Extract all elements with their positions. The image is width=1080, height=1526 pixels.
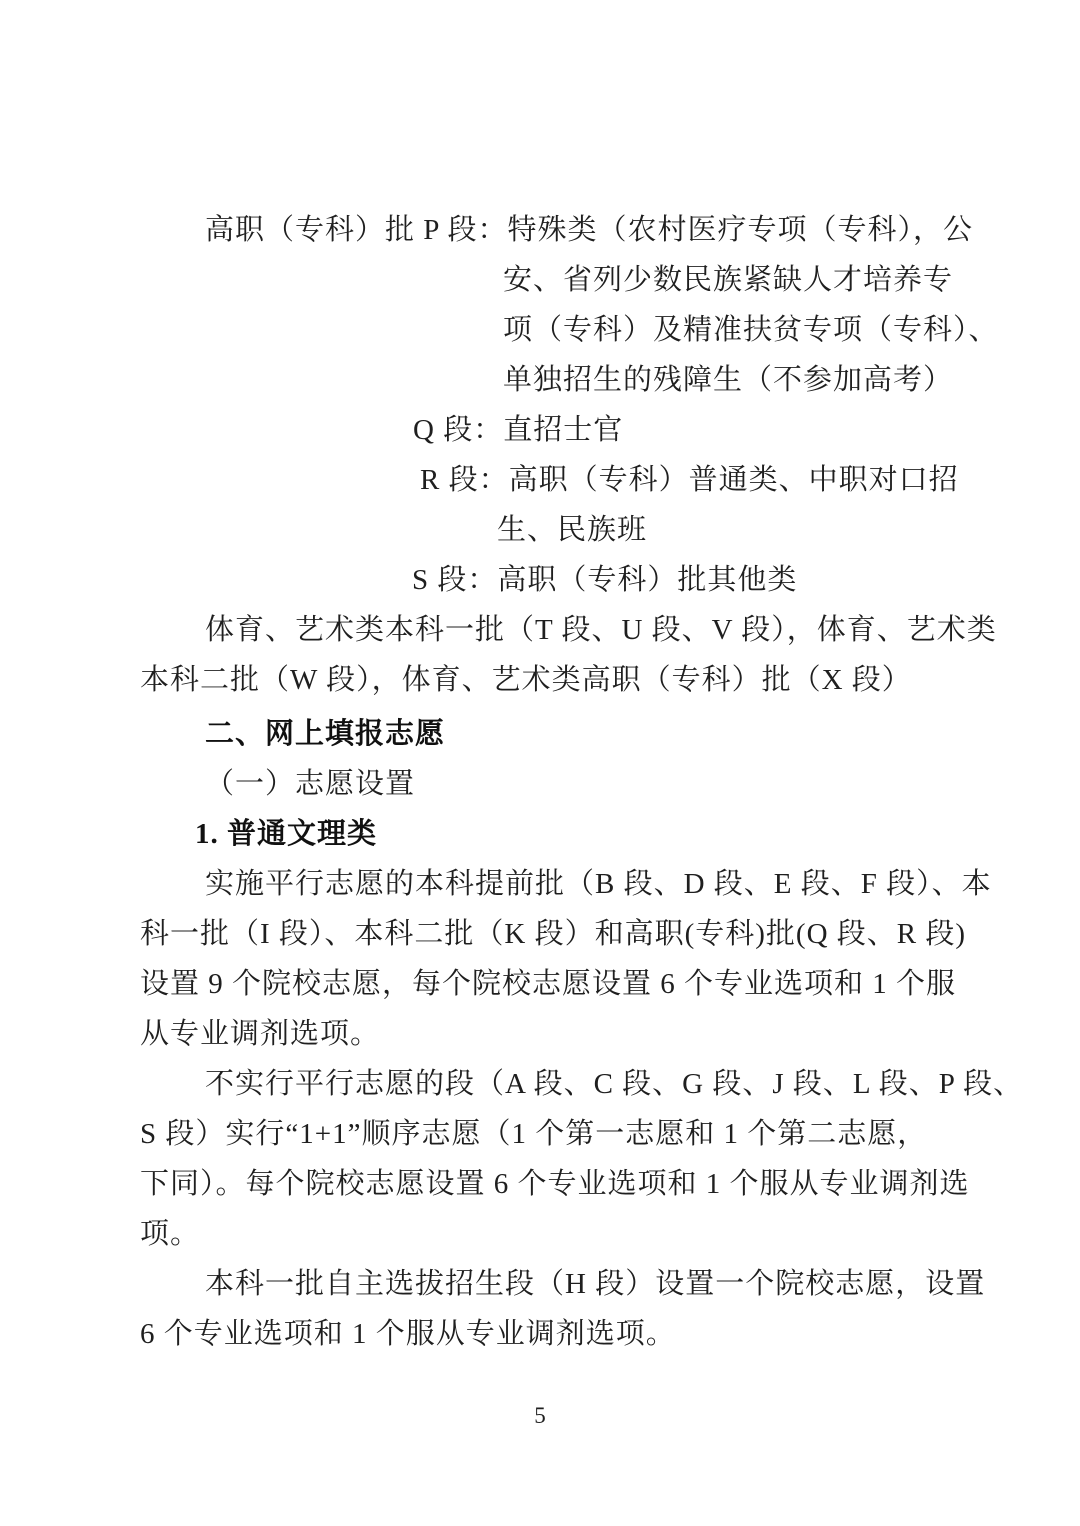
section-heading-online-application: 二、网上填报志愿 [140, 709, 950, 759]
segment-r-line-1: R 段：高职（专科）普通类、中职对口招 [140, 455, 950, 505]
numbered-heading-general-arts-science: 1. 普通文理类 [140, 809, 950, 859]
para-sequence-line-2: S 段）实行“1+1”顺序志愿（1 个第一志愿和 1 个第二志愿， [140, 1109, 950, 1159]
para-parallel-line-4: 从专业调剂选项。 [140, 1009, 950, 1059]
sports-art-line-1: 体育、艺术类本科一批（T 段、U 段、V 段），体育、艺术类 [140, 605, 950, 655]
document-page: 高职（专科）批 P 段：特殊类（农村医疗专项（专科），公 安、省列少数民族紧缺人… [0, 0, 1080, 1526]
para-parallel-line-1: 实施平行志愿的本科提前批（B 段、D 段、E 段、F 段）、本 [140, 859, 950, 909]
segment-q-line: Q 段：直招士官 [140, 405, 950, 455]
segment-p-line-3: 项（专科）及精准扶贫专项（专科）、 [140, 305, 950, 355]
page-number: 5 [0, 1398, 1080, 1434]
para-sequence-line-3: 下同）。每个院校志愿设置 6 个专业选项和 1 个服从专业调剂选 [140, 1159, 950, 1209]
para-autonomous-line-2: 6 个专业选项和 1 个服从专业调剂选项。 [140, 1309, 950, 1359]
para-sequence-line-4: 项。 [140, 1209, 950, 1259]
segment-s-line: S 段：高职（专科）批其他类 [140, 555, 950, 605]
para-autonomous-line-1: 本科一批自主选拔招生段（H 段）设置一个院校志愿，设置 [140, 1259, 950, 1309]
para-parallel-line-3: 设置 9 个院校志愿，每个院校志愿设置 6 个专业选项和 1 个服 [140, 959, 950, 1009]
para-sequence-line-1: 不实行平行志愿的段（A 段、C 段、G 段、J 段、L 段、P 段、 [140, 1059, 950, 1109]
document-body: 高职（专科）批 P 段：特殊类（农村医疗专项（专科），公 安、省列少数民族紧缺人… [140, 205, 950, 1359]
para-parallel-line-2: 科一批（I 段）、本科二批（K 段）和高职(专科)批(Q 段、R 段) [140, 909, 950, 959]
segment-r-line-2: 生、民族班 [140, 505, 950, 555]
segment-p-line-1: 高职（专科）批 P 段：特殊类（农村医疗专项（专科），公 [140, 205, 950, 255]
segment-p-line-4: 单独招生的残障生（不参加高考） [140, 355, 950, 405]
sports-art-line-2: 本科二批（W 段），体育、艺术类高职（专科）批（X 段） [140, 655, 950, 705]
segment-p-line-2: 安、省列少数民族紧缺人才培养专 [140, 255, 950, 305]
subsection-heading-preference-setup: （一）志愿设置 [140, 759, 950, 809]
